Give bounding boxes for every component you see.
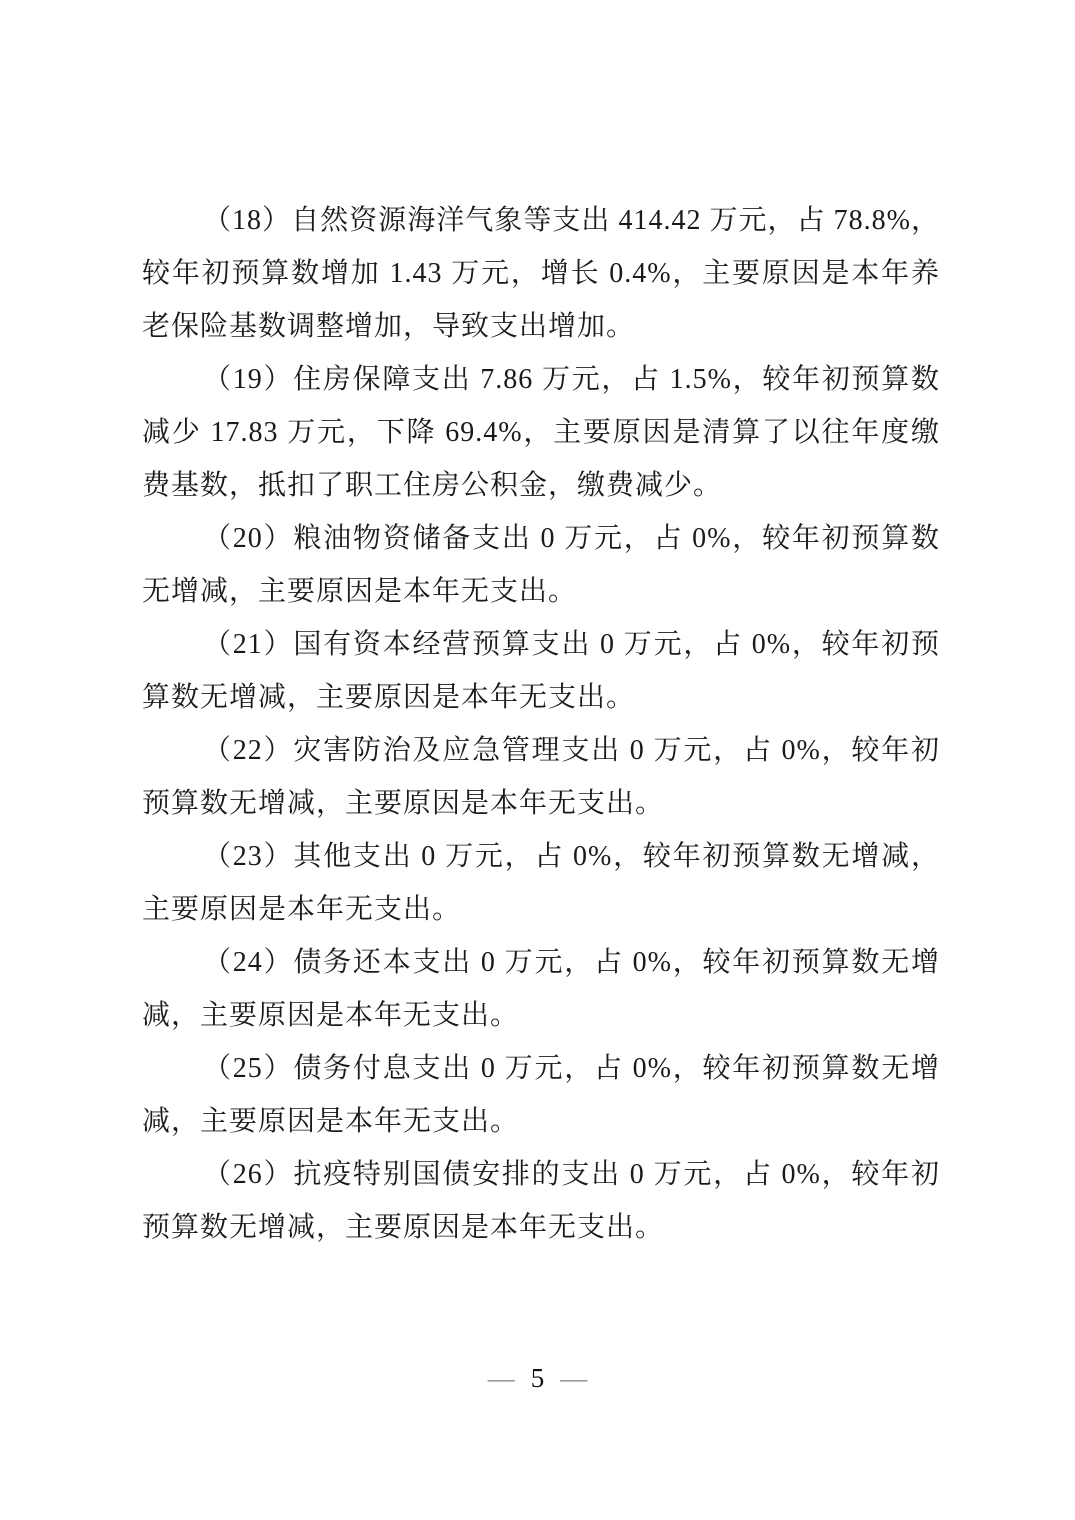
- paragraph-23: （23）其他支出 0 万元，占 0%，较年初预算数无增减，主要原因是本年无支出。: [142, 830, 940, 936]
- paragraph-24: （24）债务还本支出 0 万元，占 0%，较年初预算数无增减，主要原因是本年无支…: [142, 936, 940, 1042]
- paragraph-18: （18）自然资源海洋气象等支出 414.42 万元，占 78.8%，较年初预算数…: [142, 194, 940, 353]
- paragraph-20: （20）粮油物资储备支出 0 万元，占 0%，较年初预算数无增减，主要原因是本年…: [142, 512, 940, 618]
- footer-dash-left: —: [488, 1363, 515, 1393]
- paragraph-22: （22）灾害防治及应急管理支出 0 万元，占 0%，较年初预算数无增减，主要原因…: [142, 724, 940, 830]
- paragraph-19: （19）住房保障支出 7.86 万元，占 1.5%，较年初预算数减少 17.83…: [142, 353, 940, 512]
- paragraph-21: （21）国有资本经营预算支出 0 万元，占 0%，较年初预算数无增减，主要原因是…: [142, 618, 940, 724]
- text-content: （18）自然资源海洋气象等支出 414.42 万元，占 78.8%，较年初预算数…: [142, 194, 940, 1254]
- paragraph-26: （26）抗疫特别国债安排的支出 0 万元，占 0%，较年初预算数无增减，主要原因…: [142, 1148, 940, 1254]
- document-page: （18）自然资源海洋气象等支出 414.42 万元，占 78.8%，较年初预算数…: [0, 0, 1075, 1520]
- paragraph-25: （25）债务付息支出 0 万元，占 0%，较年初预算数无增减，主要原因是本年无支…: [142, 1042, 940, 1148]
- page-number: 5: [515, 1363, 561, 1393]
- page-footer: —5—: [0, 1360, 1075, 1396]
- footer-dash-right: —: [560, 1363, 587, 1393]
